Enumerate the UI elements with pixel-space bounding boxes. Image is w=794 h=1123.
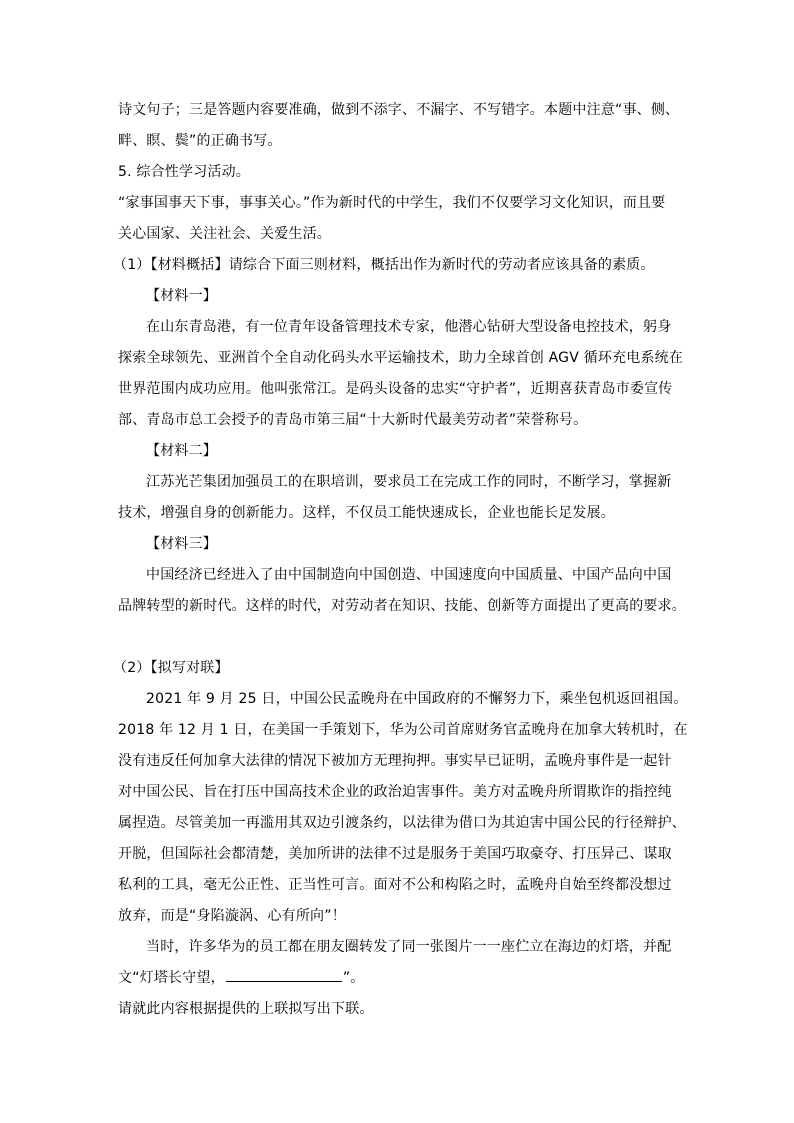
part-1-label: （1）【材料概括】请综合下面三则材料，概括出作为新时代的劳动者应该具备的素质。: [113, 250, 678, 281]
spacer: [118, 622, 678, 653]
question-prompt-line: 关心国家、关注社会、关爱生活。: [118, 219, 678, 250]
passage-line: 私利的工具，毫无公正性、正当性可言。面对不公和构陷之时，孟晚舟自始至终都没想过: [118, 870, 678, 901]
passage-line: 2021 年 9 月 25 日，中国公民孟晚舟在中国政府的不懈努力下，乘坐包机返…: [118, 684, 678, 715]
couplet-line: 文“灯塔长守望，”。: [118, 963, 678, 994]
material-1-line: 在山东青岛港，有一位青年设备管理技术专家，他潜心钻研大型设备电控技术，躬身: [118, 312, 678, 343]
passage-line: 对中国公民、旨在打压中国高技术企业的政治迫害事件。美方对孟晚舟所谓欺诈的指控纯: [118, 777, 678, 808]
couplet-prefix: 文“灯塔长守望，: [118, 970, 225, 986]
material-2-heading: 【材料二】: [118, 436, 678, 467]
material-3-line: 品牌转型的新时代。这样的时代，对劳动者在知识、技能、创新等方面提出了更高的要求。: [118, 591, 678, 622]
intro-line: 诗文句子；三是答题内容要准确，做到不添字、不漏字、不写错字。本题中注意“事、侧、: [118, 95, 678, 126]
part-2-label: （2）【拟写对联】: [113, 653, 678, 684]
material-1-heading: 【材料一】: [118, 281, 678, 312]
passage-line: 没有违反任何加拿大法律的情况下被加方无理拘押。事实早已证明，孟晚舟事件是一起针: [118, 746, 678, 777]
passage-line: 开脱，但国际社会都清楚，美加所讲的法律不过是服务于美国巧取豪夺、打压异己、谋取: [118, 839, 678, 870]
passage-line: 放弃，而是“身陷漩涡、心有所向”！: [118, 901, 678, 932]
question-title: 5. 综合性学习活动。: [118, 157, 678, 188]
material-1-line: 探索全球领先、亚洲首个全自动化码头水平运输技术，助力全球首创 AGV 循环充电系…: [118, 343, 678, 374]
document-page: 诗文句子；三是答题内容要准确，做到不添字、不漏字、不写错字。本题中注意“事、侧、…: [118, 95, 678, 1025]
couplet-answer-blank[interactable]: [226, 967, 342, 982]
intro-line: 畔、瞑、鬓”的正确书写。: [118, 126, 678, 157]
couplet-suffix: ”。: [343, 970, 365, 986]
material-3-line: 中国经济已经进入了由中国制造向中国创造、中国速度向中国质量、中国产品向中国: [118, 560, 678, 591]
material-2-line: 技术，增强自身的创新能力。这样，不仅员工能快速成长，企业也能长足发展。: [118, 498, 678, 529]
material-3-heading: 【材料三】: [118, 529, 678, 560]
instruction-line: 请就此内容根据提供的上联拟写出下联。: [118, 994, 678, 1025]
passage-line: 属捏造。尽管美加一再滥用其双边引渡条约，以法律为借口为其迫害中国公民的行径辩护、: [118, 808, 678, 839]
material-1-line: 部、青岛市总工会授予的青岛市第三届“十大新时代最美劳动者”荣誉称号。: [118, 405, 678, 436]
context-line: 当时，许多华为的员工都在朋友圈转发了同一张图片一一座伫立在海边的灯塔，并配: [118, 932, 678, 963]
passage-line: 2018 年 12 月 1 日，在美国一手策划下，华为公司首席财务官孟晚舟在加拿…: [118, 715, 678, 746]
material-1-line: 世界范围内成功应用。他叫张常江。是码头设备的忠实“守护者”，近期喜获青岛市委宣传: [118, 374, 678, 405]
material-2-line: 江苏光芒集团加强员工的在职培训，要求员工在完成工作的同时，不断学习，掌握新: [118, 467, 678, 498]
question-prompt-line: “家事国事天下事，事事关心。”作为新时代的中学生，我们不仅要学习文化知识，而且要: [118, 188, 678, 219]
